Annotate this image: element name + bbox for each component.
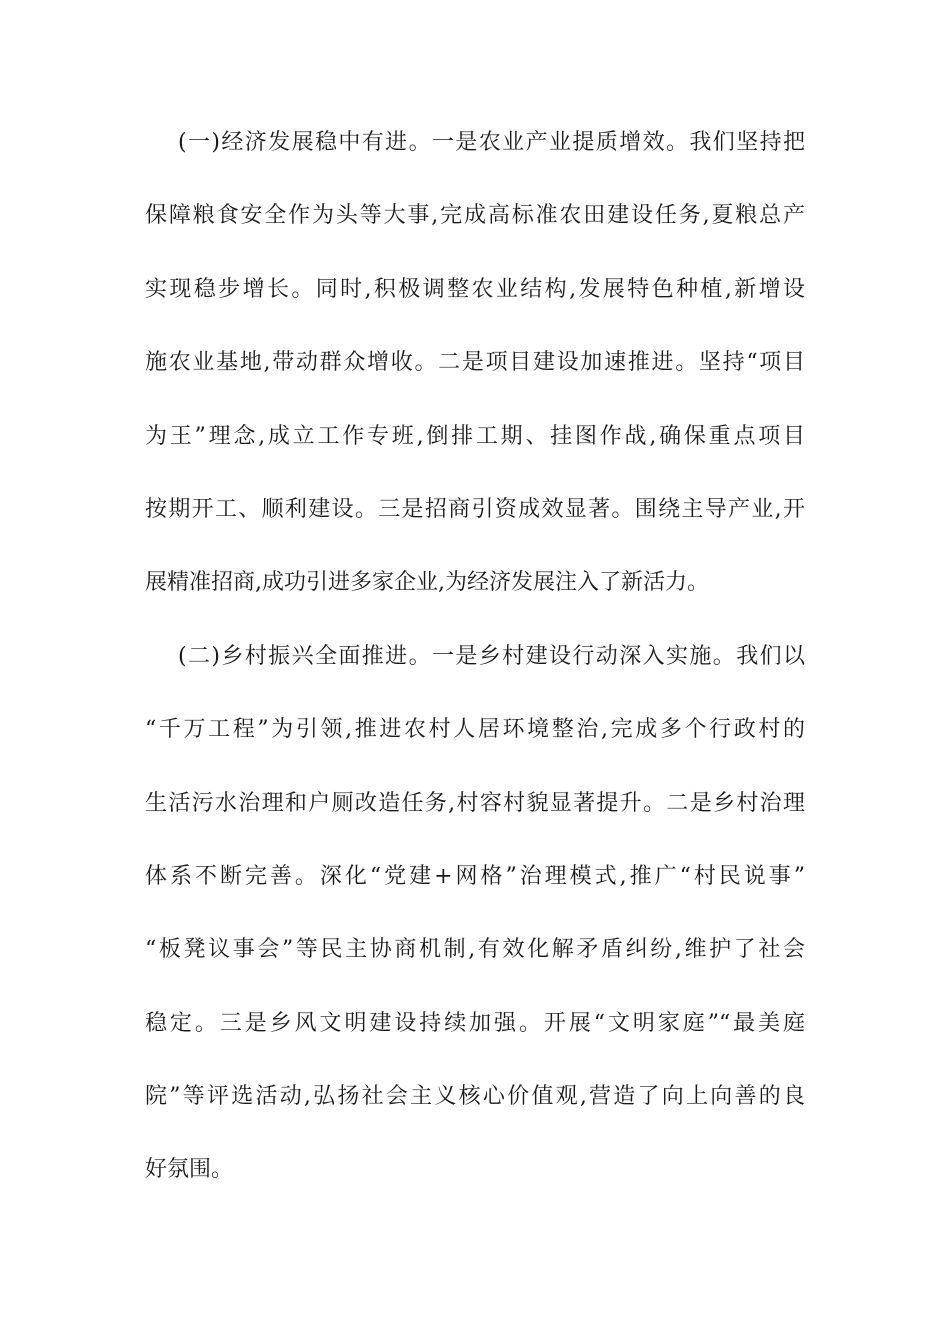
- paragraph-economic-development: (一)经济发展稳中有进。一是农业产业提质增效。我们坚持把 保障粮食安全作为头等大…: [145, 106, 805, 620]
- text-line: “板凳议事会”等民主协商机制,有效化解矛盾纠纷,维护了社会: [145, 913, 805, 986]
- text-line: “千万工程”为引领,推进农村人居环境整治,完成多个行政村的: [145, 693, 805, 766]
- text-line: (一)经济发展稳中有进。一是农业产业提质增效。我们坚持把: [145, 106, 805, 179]
- text-line: 为王”理念,成立工作专班,倒排工期、挂图作战,确保重点项目: [145, 400, 805, 473]
- text-line: 保障粮食安全作为头等大事,完成高标准农田建设任务,夏粮总产: [145, 179, 805, 252]
- text-line: 施农业基地,带动群众增收。二是项目建设加速推进。坚持“项目: [145, 326, 805, 399]
- text-line: 实现稳步增长。同时,积极调整农业结构,发展特色种植,新增设: [145, 253, 805, 326]
- text-line: 好氛围。: [145, 1133, 805, 1206]
- document-text-block: (一)经济发展稳中有进。一是农业产业提质增效。我们坚持把 保障粮食安全作为头等大…: [145, 106, 805, 1207]
- text-line: 生活污水治理和户厕改造任务,村容村貌显著提升。二是乡村治理: [145, 767, 805, 840]
- text-line: 体系不断完善。深化“党建+网格”治理模式,推广“村民说事”: [145, 840, 805, 913]
- text-line: 稳定。三是乡风文明建设持续加强。开展“文明家庭”“最美庭: [145, 987, 805, 1060]
- paragraph-rural-revitalization: (二)乡村振兴全面推进。一是乡村建设行动深入实施。我们以 “千万工程”为引领,推…: [145, 620, 805, 1207]
- document-page: (一)经济发展稳中有进。一是农业产业提质增效。我们坚持把 保障粮食安全作为头等大…: [0, 0, 950, 1344]
- text-line: 院”等评选活动,弘扬社会主义核心价值观,营造了向上向善的良: [145, 1060, 805, 1133]
- text-line: 按期开工、顺利建设。三是招商引资成效显著。围绕主导产业,开: [145, 473, 805, 546]
- text-line: (二)乡村振兴全面推进。一是乡村建设行动深入实施。我们以: [145, 620, 805, 693]
- text-line: 展精准招商,成功引进多家企业,为经济发展注入了新活力。: [145, 546, 805, 619]
